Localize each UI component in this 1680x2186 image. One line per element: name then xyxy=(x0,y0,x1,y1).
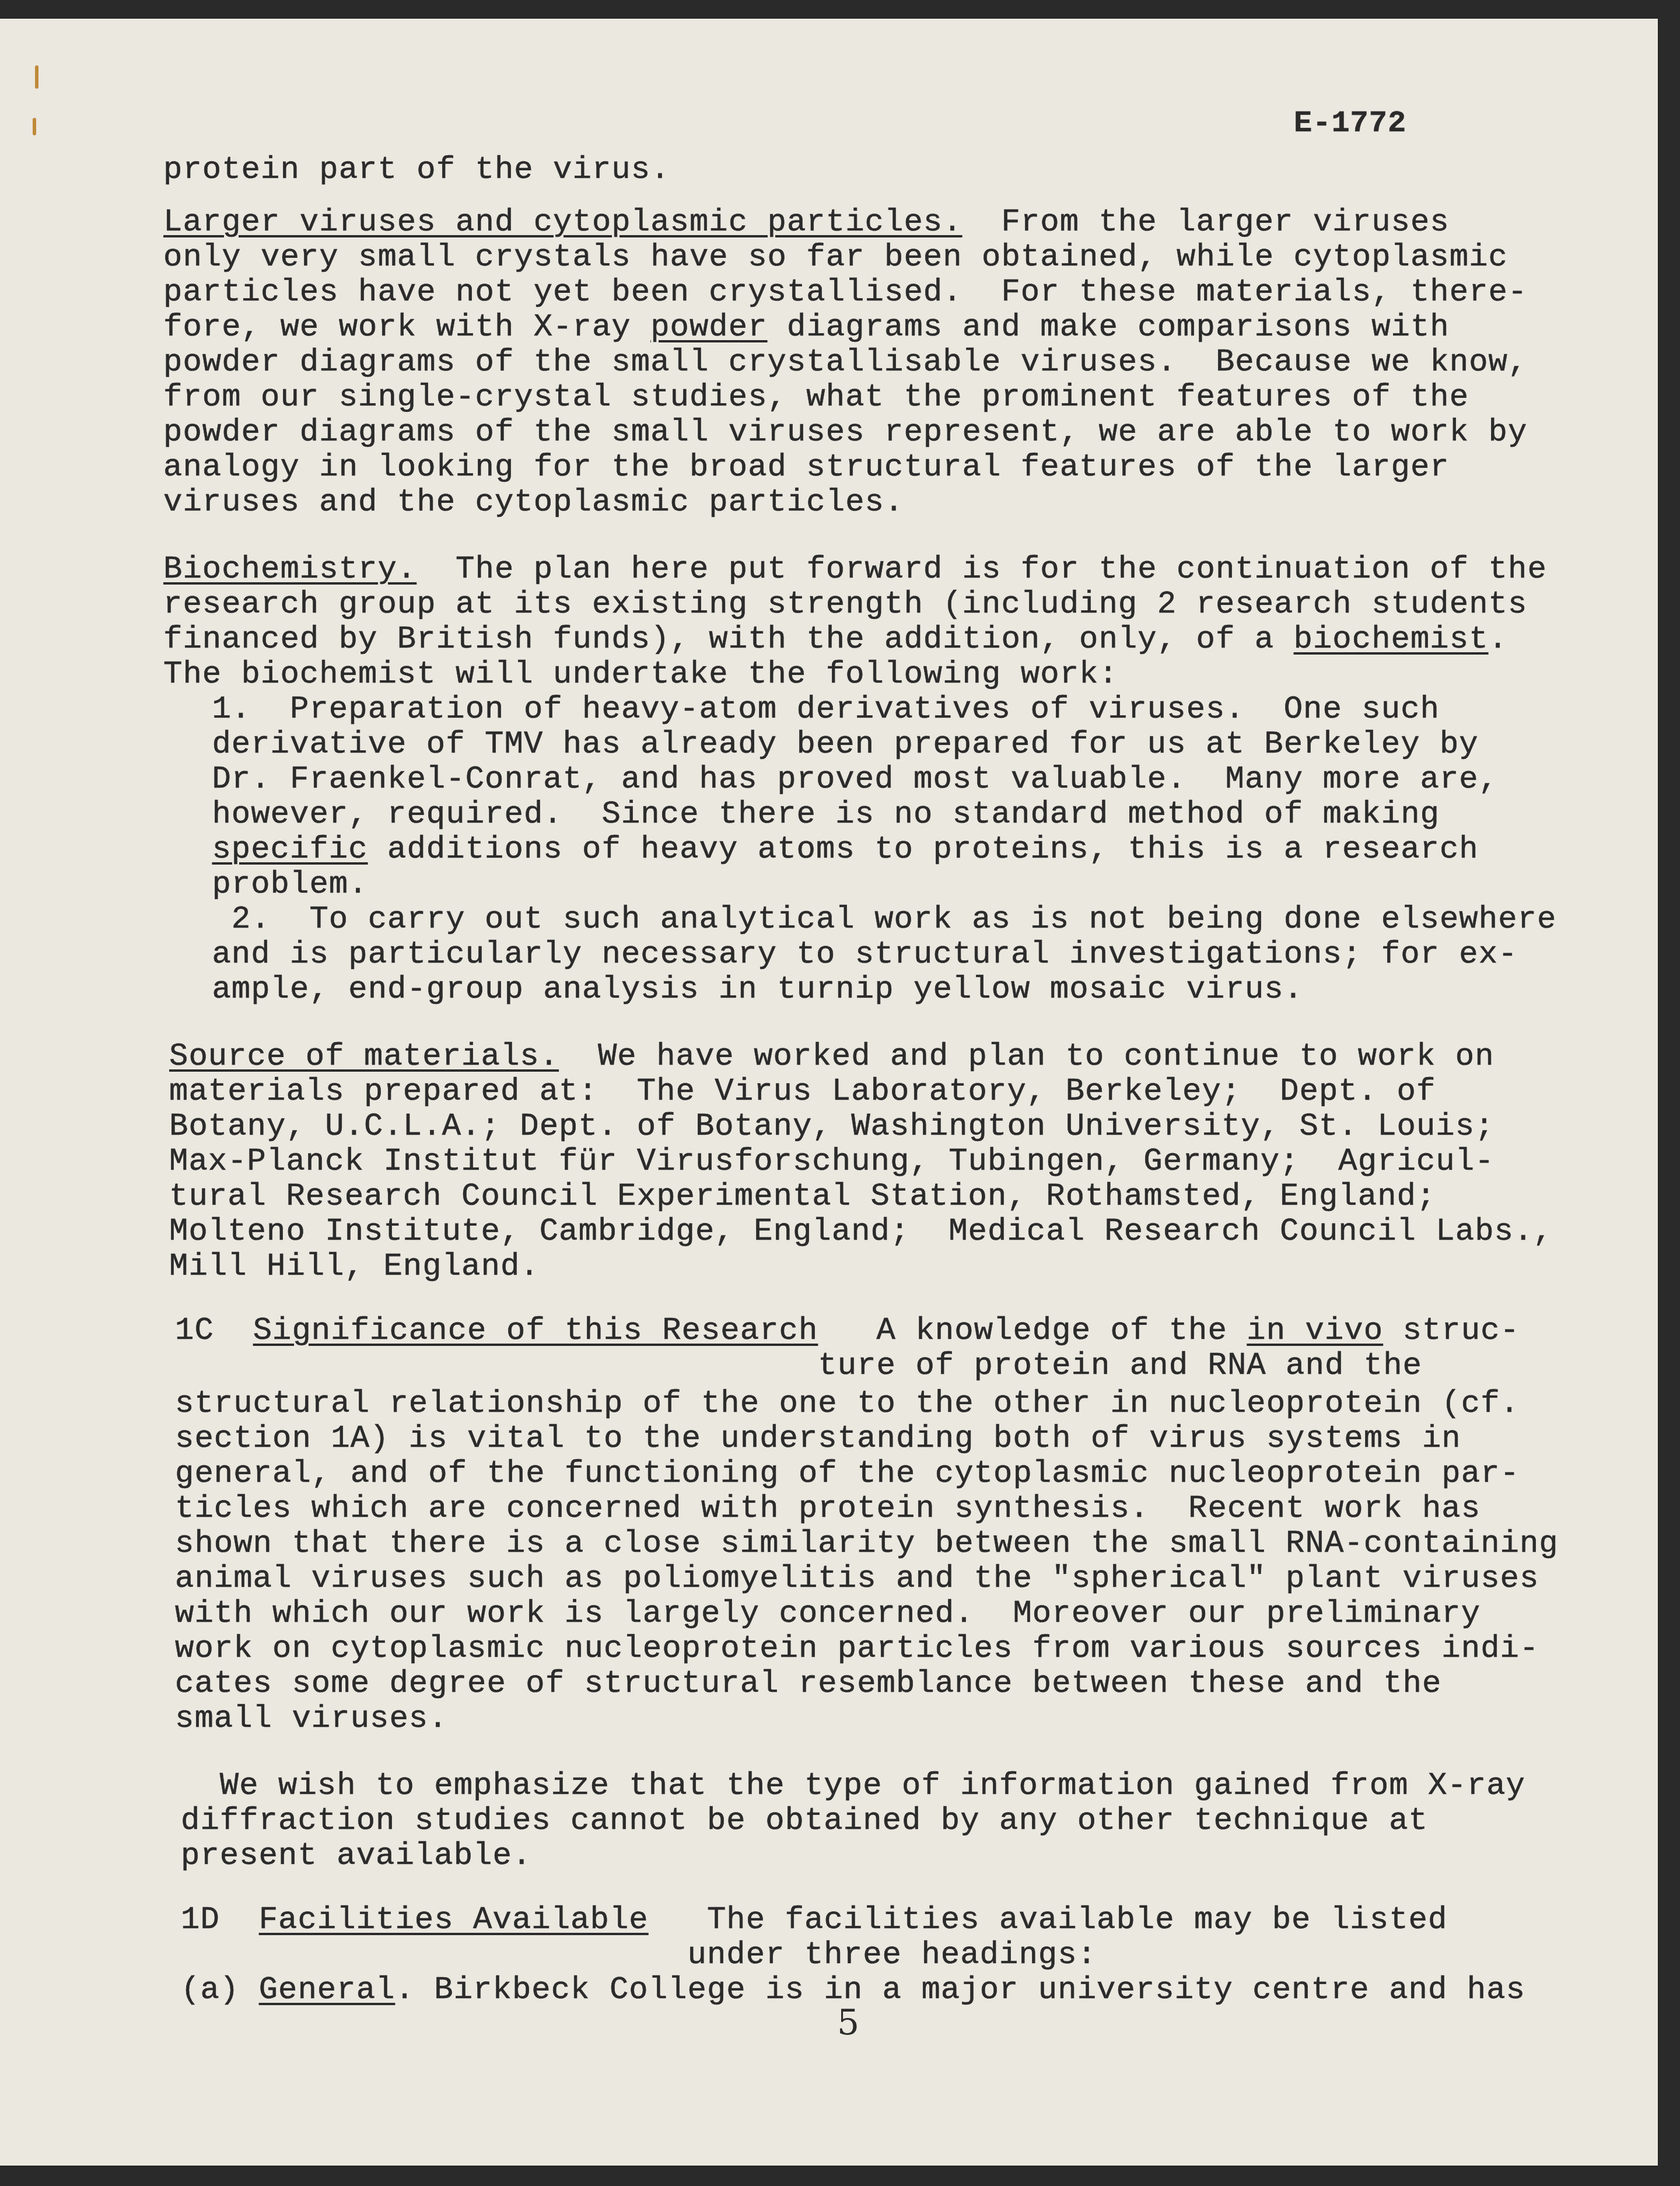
text-line: tural Research Council Experimental Stat… xyxy=(169,1180,1436,1215)
section-heading-biochemistry: Biochemistry. xyxy=(163,552,416,587)
text-line: The biochemist will undertake the follow… xyxy=(163,657,1118,692)
list-item-text: 2. To carry out such analytical work as … xyxy=(192,903,1556,938)
underlined-word: powder xyxy=(650,310,767,345)
text-line: We wish to emphasize that the type of in… xyxy=(181,1769,1525,1804)
text-line: protein part of the virus. xyxy=(163,153,670,188)
section-heading-larger-viruses: Larger viruses and cytoplasmic particles… xyxy=(163,205,963,240)
underlined-word: specific xyxy=(212,832,367,868)
section-heading-facilities: Facilities Available xyxy=(259,1902,649,1938)
underlined-word: in vivo xyxy=(1247,1313,1383,1349)
text-line: Botany, U.C.L.A.; Dept. of Botany, Washi… xyxy=(169,1110,1494,1145)
text-line: Source of materials. We have worked and … xyxy=(169,1040,1494,1075)
text-line: small viruses. xyxy=(175,1702,448,1737)
text-line: cates some degree of structural resembla… xyxy=(175,1667,1441,1702)
list-item-text: ample, end-group analysis in turnip yell… xyxy=(192,973,1303,1008)
text-line: powder diagrams of the small viruses rep… xyxy=(163,415,1527,450)
text-line: 1C Significance of this Research A knowl… xyxy=(175,1314,1520,1349)
text-line: diffraction studies cannot be obtained b… xyxy=(181,1804,1428,1839)
text-line: Biochemistry. The plan here put forward … xyxy=(163,552,1547,587)
section-heading-significance: Significance of this Research xyxy=(253,1313,818,1349)
text-line: from our single-crystal studies, what th… xyxy=(163,380,1469,415)
text-line: animal viruses such as poliomyelitis and… xyxy=(175,1562,1539,1597)
text-line: Larger viruses and cytoplasmic particles… xyxy=(163,205,1450,240)
list-item-text: and is particularly necessary to structu… xyxy=(192,938,1518,973)
text-line: under three headings: xyxy=(181,1938,1097,1973)
text-line: ture of protein and RNA and the xyxy=(175,1349,1422,1384)
underlined-word: biochemist xyxy=(1294,622,1489,657)
list-item-text: specific additions of heavy atoms to pro… xyxy=(192,833,1479,868)
text-line: Max-Planck Institut für Virusforschung, … xyxy=(169,1145,1494,1180)
text-line: powder diagrams of the small crystallisa… xyxy=(163,345,1527,380)
text-line: Mill Hill, England. xyxy=(169,1250,540,1285)
margin-stain xyxy=(35,65,38,89)
text-line: with which our work is largely concerned… xyxy=(175,1597,1480,1632)
text-line: analogy in looking for the broad structu… xyxy=(163,450,1450,485)
text-line: present available. xyxy=(181,1839,531,1874)
text-line: viruses and the cytoplasmic particles. xyxy=(163,485,904,520)
text-line: structural relationship of the one to th… xyxy=(175,1387,1520,1422)
document-number: E-1772 xyxy=(1294,106,1406,141)
page-number: 5 xyxy=(837,2005,860,2040)
text-line: research group at its existing strength … xyxy=(163,587,1527,622)
text-line: Molteno Institute, Cambridge, England; M… xyxy=(169,1215,1553,1250)
text-line: particles have not yet been crystallised… xyxy=(163,275,1527,310)
list-item-text: problem. xyxy=(192,868,368,903)
text-line: only very small crystals have so far bee… xyxy=(163,240,1508,275)
text-line: work on cytoplasmic nucleoprotein partic… xyxy=(175,1632,1539,1667)
text-line: section 1A) is vital to the understandin… xyxy=(175,1422,1461,1457)
margin-stain xyxy=(33,118,36,135)
text-line: shown that there is a close similarity b… xyxy=(175,1527,1559,1562)
text-line: fore, we work with X-ray powder diagrams… xyxy=(163,310,1450,345)
section-heading-source-of-materials: Source of materials. xyxy=(169,1039,559,1075)
list-item-text: 1. Preparation of heavy-atom derivatives… xyxy=(192,692,1440,727)
document-page: E-1772 protein part of the virus. Larger… xyxy=(0,19,1658,2166)
text-line: financed by British funds), with the add… xyxy=(163,622,1508,657)
text-line: 1D Facilities Available The facilities a… xyxy=(181,1903,1447,1938)
subheading-general: General xyxy=(259,1972,395,2008)
text-line: materials prepared at: The Virus Laborat… xyxy=(169,1075,1436,1110)
text-line: ticles which are concerned with protein … xyxy=(175,1492,1480,1527)
list-item-text: however, required. Since there is no sta… xyxy=(192,798,1440,833)
list-item-text: derivative of TMV has already been prepa… xyxy=(192,727,1479,763)
text-line: general, and of the functioning of the c… xyxy=(175,1457,1520,1492)
list-item-text: Dr. Fraenkel-Conrat, and has proved most… xyxy=(192,763,1498,798)
